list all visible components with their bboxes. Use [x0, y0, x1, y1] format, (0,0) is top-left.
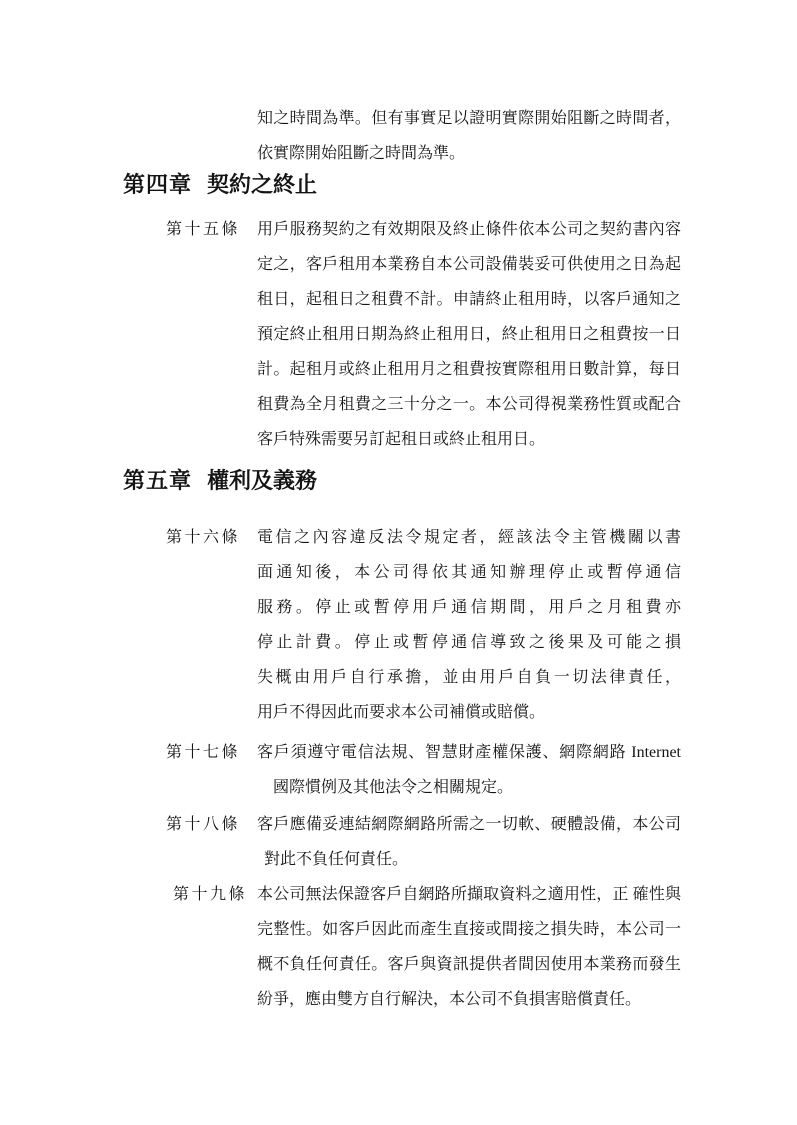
article-19: 第十九條 本公司無法保證客戶自網路所擷取資料之適用性，正 確性與 完整性。如客戶… [166, 877, 688, 1017]
article-17-label: 第十七條 [166, 735, 240, 770]
text-line: 知之時間為準。但有事實足以證明實際開始阻斷之時間者， [257, 101, 681, 136]
text-line: 租日，起租日之租費不計。申請終止租用時，以客戶通知之 [257, 282, 681, 317]
text-line: 客戶特殊需要另訂起租日或終止租用日。 [257, 422, 681, 457]
chapter-title: 契約之終止 [207, 170, 317, 200]
text-line: 紛爭，應由雙方自行解決，本公司不負損害賠償責任。 [257, 982, 681, 1017]
article-18: 第十八條 客戶應備妥連結網際網路所需之一切軟、硬體設備，本公司 對此不負任何責任… [166, 807, 688, 877]
article-15: 第十五條 用戶服務契約之有效期限及終止條件依本公司之契約書內容 定之，客戶租用本… [166, 212, 688, 457]
text-line: 用戶服務契約之有效期限及終止條件依本公司之契約書內容 [257, 212, 681, 247]
chapter-5-heading: 第五章 權利及義務 [123, 466, 317, 496]
text-line: 失概由用戶自行承擔，並由用戶自負一切法律責任， [257, 660, 681, 695]
article-16-body: 電信之內容違反法令規定者，經該法令主管機關以書 面通知後，本公司得依其通知辦理停… [257, 520, 681, 730]
text-line: 客戶須遵守電信法規、智慧財產權保護、網際網路 Internet [257, 735, 681, 770]
intro-paragraph: 知之時間為準。但有事實足以證明實際開始阻斷之時間者， 依實際開始阻斷之時間為準。 [257, 101, 681, 171]
text-line: 預定終止租用日期為終止租用日，終止租用日之租費按一日 [257, 317, 681, 352]
text-line: 完整性。如客戶因此而產生直接或間接之損失時，本公司一 [257, 912, 681, 947]
document-page: 知之時間為準。但有事實足以證明實際開始阻斷之時間者， 依實際開始阻斷之時間為準。… [0, 0, 797, 1125]
text-line: 面通知後，本公司得依其通知辦理停止或暫停通信 [257, 555, 681, 590]
chapter-title: 權利及義務 [207, 466, 317, 496]
article-18-label: 第十八條 [166, 807, 240, 842]
text-line: 依實際開始阻斷之時間為準。 [257, 136, 681, 171]
article-15-body: 用戶服務契約之有效期限及終止條件依本公司之契約書內容 定之，客戶租用本業務自本公… [257, 212, 681, 457]
article-17: 第十七條 客戶須遵守電信法規、智慧財產權保護、網際網路 Internet 國際慣… [166, 735, 688, 805]
text-line: 租費為全月租費之三十分之一。本公司得視業務性質或配合 [257, 387, 681, 422]
text-line: 概不負任何責任。客戶與資訊提供者間因使用本業務而發生 [257, 947, 681, 982]
article-18-body: 客戶應備妥連結網際網路所需之一切軟、硬體設備，本公司 對此不負任何責任。 [257, 807, 681, 877]
text-line: 用戶不得因此而要求本公司補償或賠償。 [257, 695, 681, 730]
article-16: 第十六條 電信之內容違反法令規定者，經該法令主管機關以書 面通知後，本公司得依其… [166, 520, 688, 730]
text-line: 對此不負任何責任。 [257, 842, 681, 877]
text-line: 電信之內容違反法令規定者，經該法令主管機關以書 [257, 520, 681, 555]
text-line: 國際慣例及其他法令之相關規定。 [257, 770, 681, 805]
article-19-body: 本公司無法保證客戶自網路所擷取資料之適用性，正 確性與 完整性。如客戶因此而產生… [257, 877, 681, 1017]
chapter-4-heading: 第四章 契約之終止 [123, 170, 317, 200]
text-line: 計。起租月或終止租用月之租費按實際租用日數計算，每日 [257, 352, 681, 387]
article-16-label: 第十六條 [166, 520, 240, 555]
text-line: 定之，客戶租用本業務自本公司設備裝妥可供使用之日為起 [257, 247, 681, 282]
chapter-number: 第四章 [123, 170, 192, 200]
article-17-body: 客戶須遵守電信法規、智慧財產權保護、網際網路 Internet 國際慣例及其他法… [257, 735, 681, 805]
text-line: 停止計費。停止或暫停通信導致之後果及可能之損 [257, 625, 681, 660]
text-line: 客戶應備妥連結網際網路所需之一切軟、硬體設備，本公司 [257, 807, 681, 842]
text-line: 服務。停止或暫停用戶通信期間，用戶之月租費亦 [257, 590, 681, 625]
chapter-number: 第五章 [123, 466, 192, 496]
article-19-label: 第十九條 [173, 877, 247, 912]
text-line: 本公司無法保證客戶自網路所擷取資料之適用性，正 確性與 [257, 877, 681, 912]
article-15-label: 第十五條 [166, 212, 240, 247]
